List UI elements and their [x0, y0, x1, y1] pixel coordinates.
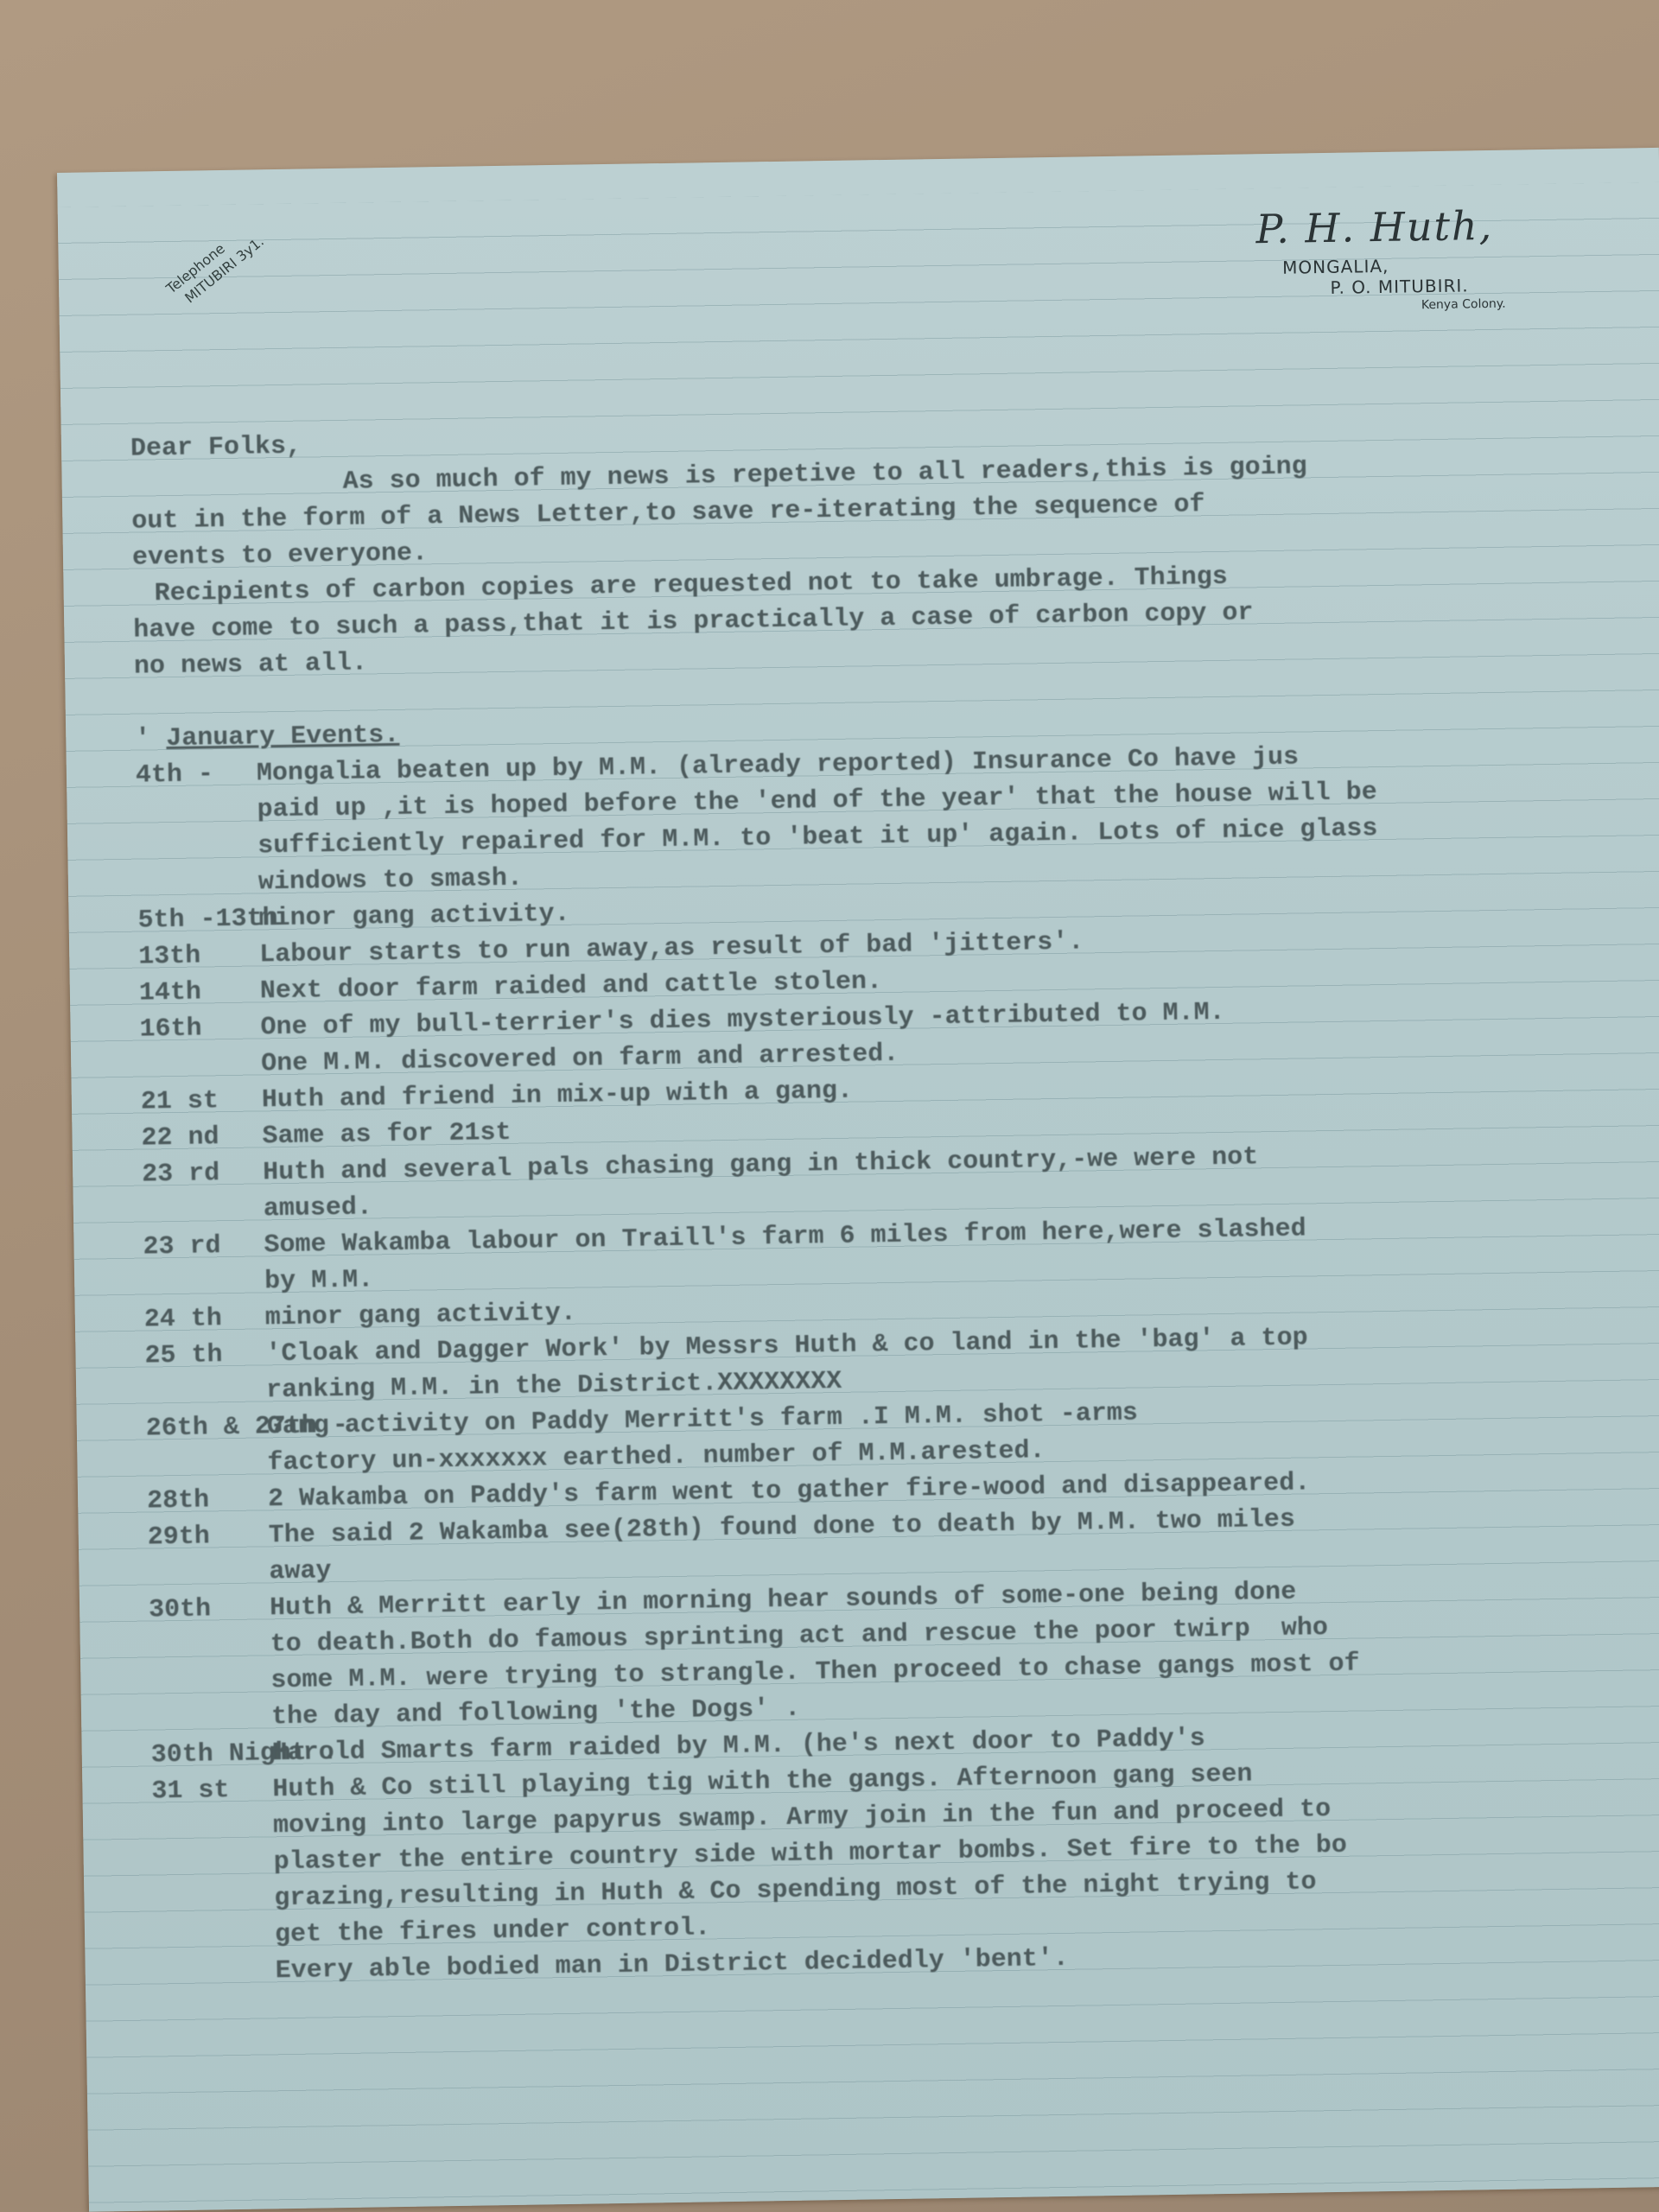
event-date: 23 rd: [142, 1154, 264, 1192]
event-entry: 30thHuth & Merritt early in morning hear…: [149, 1569, 1631, 1738]
section-heading-text: January Events.: [166, 721, 400, 753]
event-date: 25 th: [144, 1336, 266, 1374]
event-date: 31 st: [151, 1771, 273, 1809]
event-entry: 31 stHuth & Co still playing tig with th…: [151, 1751, 1636, 1992]
event-text: minor gang activity.: [258, 896, 570, 938]
letterhead-po: P. O. MITUBIRI.: [1330, 275, 1505, 298]
event-date: 29th: [147, 1517, 269, 1555]
event-date: 22 nd: [141, 1118, 263, 1156]
event-date: 5th -13th: [137, 900, 259, 938]
event-date: 24 th: [144, 1300, 266, 1338]
letterhead-country: Kenya Colony.: [1421, 297, 1506, 313]
event-date: 13th: [138, 937, 260, 975]
event-date: 26th & 27th -: [146, 1408, 268, 1446]
letter-page: Telephone MITUBIRI 3y1. P. H. Huth, MONG…: [57, 148, 1659, 2212]
event-date: 23 rd: [143, 1227, 264, 1265]
event-date: 30th: [149, 1590, 270, 1628]
event-date: 16th: [139, 1009, 261, 1047]
letterhead-name: P. H. Huth,: [1255, 202, 1505, 253]
event-date: 30th Night .: [150, 1735, 272, 1773]
event-date: 28th: [147, 1481, 269, 1519]
event-list: 4th -Mongalia beaten up by M.M. (already…: [136, 734, 1636, 1992]
event-entry: 4th -Mongalia beaten up by M.M. (already…: [136, 734, 1618, 903]
event-text: minor gang activity.: [265, 1295, 577, 1337]
letter-body: Dear Folks, As so much of my news is rep…: [130, 408, 1636, 1992]
event-date: 21 st: [141, 1082, 263, 1120]
event-date: 4th -: [136, 755, 257, 793]
event-text: Same as for 21st: [262, 1115, 512, 1155]
event-date: 14th: [139, 973, 261, 1011]
letterhead: P. H. Huth, MONGALIA, P. O. MITUBIRI. Ke…: [1281, 202, 1506, 315]
